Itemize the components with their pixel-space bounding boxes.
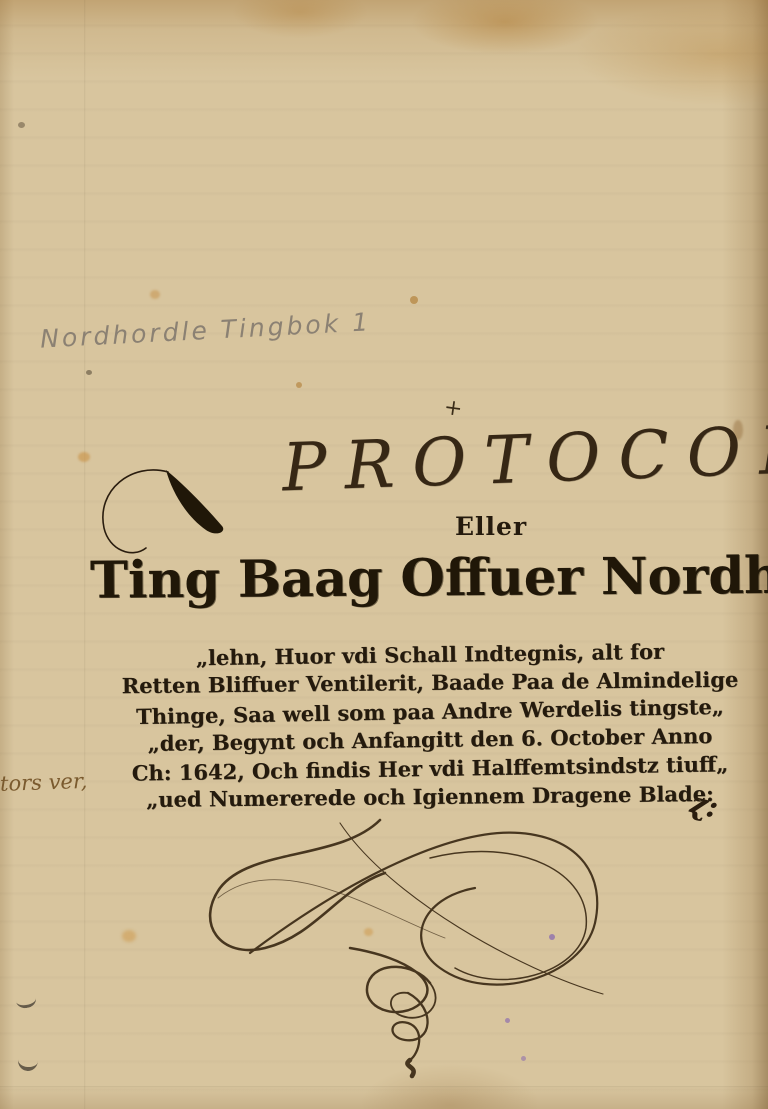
cross-mark: +	[442, 395, 464, 422]
pencil-mark	[15, 990, 37, 1009]
margin-note: tors ver,	[0, 768, 110, 796]
body-line: „ued Numererede och Igiennem Dragene Bla…	[92, 779, 768, 814]
calligraphic-flourish	[190, 818, 605, 1080]
horizontal-crease	[0, 1086, 768, 1088]
stain	[296, 382, 302, 388]
stain	[150, 290, 160, 299]
pencil-mark	[17, 1049, 39, 1072]
vertical-crease	[84, 0, 86, 1109]
subtitle: Eller	[455, 512, 527, 541]
stain	[18, 122, 25, 128]
pencil-annotation: Nordhordle Tingbok 1	[39, 307, 370, 353]
stain	[410, 296, 418, 304]
page-title: PROTOCOL	[281, 411, 768, 507]
stain	[86, 370, 92, 375]
manuscript-page: Nordhordle Tingbok 1 + PROTOCOL Eller Ti…	[0, 0, 768, 1109]
body-text: „lehn, Huor vdi Schall Indtegnis, alt fo…	[92, 641, 768, 811]
stain	[122, 930, 136, 942]
main-title: Ting Baag Offuer Nordhor„	[90, 545, 768, 610]
